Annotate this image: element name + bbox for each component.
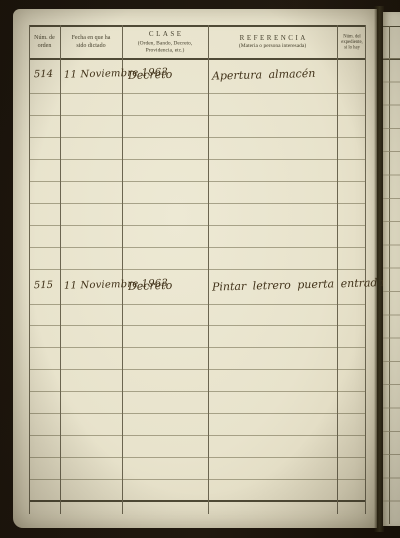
cell-num-entry bbox=[29, 369, 61, 391]
cell-expediente-entry bbox=[337, 391, 367, 413]
cell-expediente-entry bbox=[337, 303, 367, 325]
table-row bbox=[29, 204, 366, 226]
table-row: 515 11 Noviembre 1963 Decreto Pintar let… bbox=[29, 270, 366, 305]
cell-fecha-entry: 11 Noviembre 1963 bbox=[60, 268, 123, 304]
header-clase-subtitle: (Orden, Bando, Decreto, Providencia, etc… bbox=[127, 40, 202, 54]
header-cell-fecha: Fecha en que ha sido dictado bbox=[60, 27, 122, 58]
cell-clase-entry bbox=[122, 346, 209, 369]
cell-num-entry bbox=[29, 325, 61, 347]
cell-num-entry bbox=[29, 479, 61, 501]
cell-num-entry bbox=[29, 413, 61, 435]
cell-referencia-entry bbox=[208, 346, 338, 370]
cell-clase-entry: Decreto bbox=[122, 267, 209, 303]
cell-num-entry: 514 bbox=[29, 58, 61, 93]
cell-expediente-entry bbox=[337, 93, 367, 115]
cell-expediente-entry bbox=[337, 136, 367, 158]
cell-expediente-entry bbox=[337, 158, 367, 180]
cell-fecha-entry bbox=[60, 180, 123, 203]
header-expediente-label: Núm. del expediente, si lo hay bbox=[340, 34, 363, 51]
cell-fecha-entry bbox=[60, 456, 123, 479]
cell-fecha-entry bbox=[60, 434, 123, 457]
cell-referencia-entry bbox=[208, 113, 338, 137]
adjacent-page-edge bbox=[383, 12, 400, 526]
cell-referencia-entry bbox=[208, 477, 338, 501]
cell-referencia-entry bbox=[208, 368, 338, 392]
cell-expediente-entry bbox=[337, 347, 367, 369]
cell-num-entry bbox=[29, 158, 61, 180]
adjacent-page-ruled-lines bbox=[383, 58, 400, 513]
cell-expediente-entry bbox=[337, 479, 367, 501]
cell-clase-entry bbox=[122, 368, 209, 391]
cell-fecha-entry bbox=[60, 92, 123, 115]
cell-num-entry bbox=[29, 246, 61, 268]
cell-clase-entry bbox=[122, 202, 209, 225]
cell-fecha-entry bbox=[60, 347, 123, 370]
cell-referencia-entry bbox=[208, 223, 338, 247]
cell-referencia-entry bbox=[208, 201, 338, 225]
header-num-label: Núm. de orden bbox=[29, 35, 60, 51]
cell-expediente-entry bbox=[337, 202, 367, 224]
cell-expediente-entry bbox=[337, 58, 367, 93]
header-referencia-subtitle: (Materia o persona interesada) bbox=[239, 44, 306, 51]
table-row bbox=[29, 226, 366, 248]
cell-num-entry bbox=[29, 202, 61, 224]
cell-clase-entry bbox=[122, 324, 209, 347]
cell-clase-entry bbox=[122, 114, 209, 137]
cell-expediente-entry bbox=[337, 246, 367, 268]
table-header: Núm. de orden Fecha en que ha sido dicta… bbox=[29, 27, 366, 58]
cell-fecha-entry: 11 Noviembre 1963 bbox=[60, 57, 123, 93]
cell-referencia-entry: Apertura almacén bbox=[208, 56, 338, 93]
cell-num-entry bbox=[29, 457, 61, 479]
cell-fecha-entry bbox=[60, 224, 123, 247]
header-cell-clase: CLASE (Orden, Bando, Decreto, Providenci… bbox=[122, 27, 208, 58]
cell-clase-entry bbox=[122, 180, 209, 203]
cell-num-entry bbox=[29, 303, 61, 325]
cell-expediente-entry bbox=[337, 435, 367, 457]
cell-expediente-entry bbox=[337, 115, 367, 137]
registry-table: Núm. de orden Fecha en que ha sido dicta… bbox=[29, 25, 366, 501]
cell-num-entry bbox=[29, 224, 61, 246]
table-row bbox=[29, 182, 366, 204]
cell-referencia-entry bbox=[208, 412, 338, 436]
table-row bbox=[29, 248, 366, 270]
cell-fecha-entry bbox=[60, 325, 123, 348]
header-cell-referencia: REFERENCIA (Materia o persona interesada… bbox=[208, 27, 337, 58]
cell-expediente-entry bbox=[337, 180, 367, 202]
cell-referencia-entry bbox=[208, 302, 338, 326]
cell-clase-entry bbox=[122, 456, 209, 479]
cell-clase-entry bbox=[122, 302, 209, 325]
cell-expediente-entry bbox=[337, 457, 367, 479]
table-body: 514 11 Noviembre 1963 Decreto Apertura a… bbox=[29, 59, 366, 501]
table-row: 514 11 Noviembre 1963 Decreto Apertura a… bbox=[29, 59, 366, 94]
table-row bbox=[29, 116, 366, 138]
cell-referencia-entry bbox=[208, 91, 338, 115]
cell-referencia-entry bbox=[208, 390, 338, 414]
cell-referencia-entry bbox=[208, 324, 338, 348]
cell-num-entry bbox=[29, 136, 61, 158]
cell-fecha-entry bbox=[60, 369, 123, 392]
header-cell-expediente: Núm. del expediente, si lo hay bbox=[337, 27, 366, 58]
cell-fecha-entry bbox=[60, 202, 123, 225]
cell-clase-entry bbox=[122, 478, 209, 501]
cell-num-entry bbox=[29, 93, 61, 115]
cell-num-entry bbox=[29, 347, 61, 369]
header-fecha-label: Fecha en que ha sido dictado bbox=[68, 35, 114, 51]
cell-referencia-entry bbox=[208, 135, 338, 159]
cell-num-entry bbox=[29, 180, 61, 202]
cell-fecha-entry bbox=[60, 303, 123, 326]
cell-clase-entry bbox=[122, 158, 209, 181]
cell-expediente-entry bbox=[337, 369, 367, 391]
cell-clase-entry bbox=[122, 412, 209, 435]
cell-fecha-entry bbox=[60, 478, 123, 501]
cell-expediente-entry bbox=[337, 413, 367, 435]
cell-clase-entry bbox=[122, 390, 209, 413]
table-row bbox=[29, 138, 366, 160]
cell-fecha-entry bbox=[60, 412, 123, 435]
cell-num-entry bbox=[29, 115, 61, 137]
cell-fecha-entry bbox=[60, 391, 123, 414]
cell-clase-entry bbox=[122, 224, 209, 247]
header-clase-title: CLASE bbox=[146, 30, 183, 39]
cell-expediente-entry bbox=[337, 268, 367, 303]
cell-expediente-entry bbox=[337, 325, 367, 347]
cell-expediente-entry bbox=[337, 224, 367, 246]
cell-referencia-entry bbox=[208, 456, 338, 480]
cell-fecha-entry bbox=[60, 158, 123, 181]
cell-clase-entry bbox=[122, 136, 209, 159]
cell-fecha-entry bbox=[60, 114, 123, 137]
cell-num-entry bbox=[29, 435, 61, 457]
cell-clase-entry bbox=[122, 246, 209, 269]
table-row bbox=[29, 94, 366, 116]
table-row bbox=[29, 480, 366, 501]
register-left-page: Núm. de orden Fecha en que ha sido dicta… bbox=[13, 9, 377, 528]
cell-referencia-entry bbox=[208, 245, 338, 269]
cell-referencia-entry bbox=[208, 179, 338, 203]
header-cell-num: Núm. de orden bbox=[29, 27, 60, 58]
table-row bbox=[29, 160, 366, 182]
header-referencia-title: REFERENCIA bbox=[237, 34, 308, 43]
cell-fecha-entry bbox=[60, 246, 123, 269]
cell-referencia-entry bbox=[208, 434, 338, 458]
cell-clase-entry bbox=[122, 92, 209, 115]
cell-referencia-entry: Pintar letrero puerta entrada bbox=[208, 267, 338, 304]
cell-clase-entry: Decreto bbox=[122, 57, 209, 93]
cell-fecha-entry bbox=[60, 136, 123, 159]
scanned-register-page: Núm. de orden Fecha en que ha sido dicta… bbox=[0, 0, 400, 538]
cell-num-entry bbox=[29, 391, 61, 413]
cell-referencia-entry bbox=[208, 157, 338, 181]
cell-num-entry: 515 bbox=[29, 268, 61, 303]
cell-clase-entry bbox=[122, 434, 209, 457]
adjacent-page-header-line bbox=[383, 26, 400, 27]
